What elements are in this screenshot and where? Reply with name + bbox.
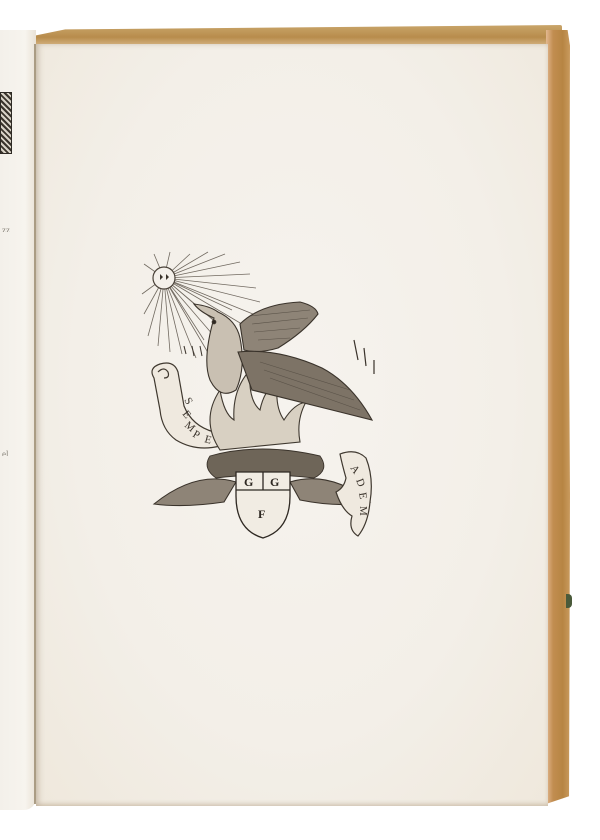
left-facing-page: zz el [0, 30, 36, 810]
printers-device-woodcut: S E M P E [140, 250, 390, 550]
binding-tie-remnant [566, 594, 572, 608]
left-page-ornament [0, 92, 12, 154]
book-photograph: zz el [0, 0, 600, 840]
left-page-text-fragment: el [2, 450, 18, 456]
left-page-text-fragment: zz [2, 226, 18, 232]
svg-text:M: M [357, 506, 369, 516]
shield-letter-right: G [270, 475, 279, 489]
shield-letter-left: G [244, 475, 253, 489]
shield-letter-bottom: F [258, 507, 265, 521]
binding-fore-edge [546, 30, 570, 804]
